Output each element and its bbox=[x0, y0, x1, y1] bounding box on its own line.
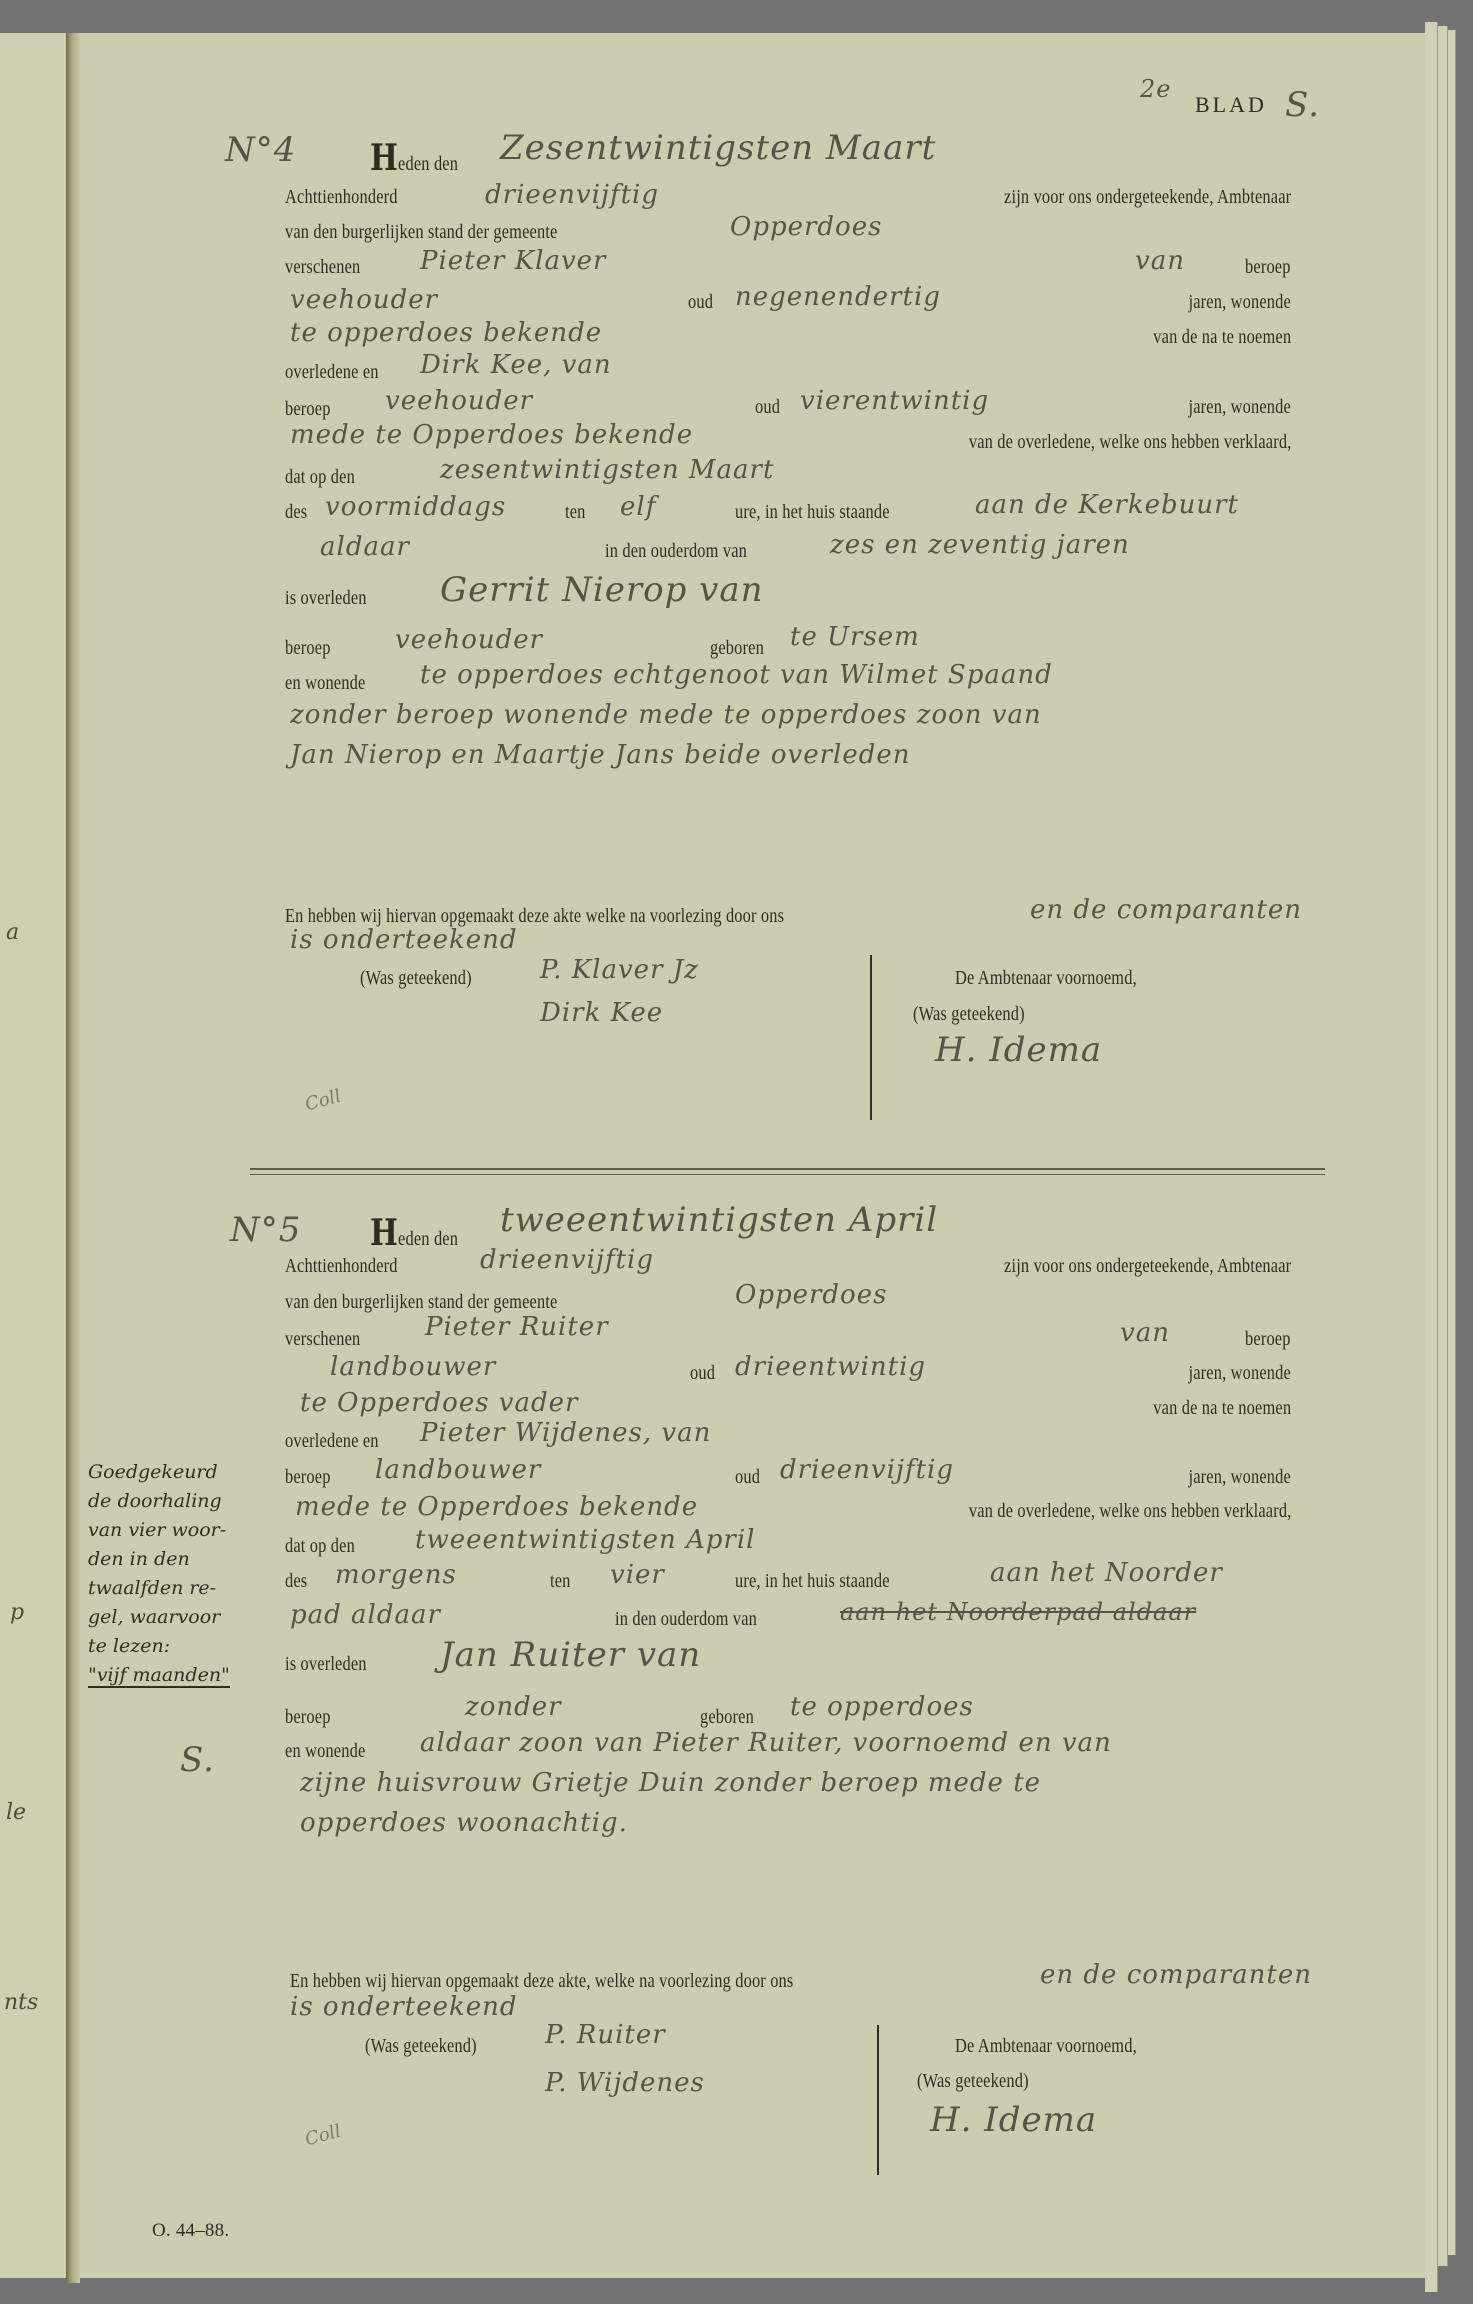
house-location: aan de Kerkebuurt bbox=[975, 490, 1239, 520]
form-label: dat op den bbox=[285, 466, 355, 489]
declarant-2-age: drieenvijftig bbox=[780, 1455, 954, 1485]
form-label: (Was geteekend) bbox=[917, 2070, 1029, 2093]
time-of-day: voormiddags bbox=[325, 492, 506, 522]
closing-text: en de comparanten bbox=[1040, 1960, 1312, 1990]
form-label: geboren bbox=[700, 1706, 754, 1729]
declarant-1-occupation: landbouwer bbox=[330, 1352, 496, 1382]
deceased-occupation: zonder bbox=[465, 1692, 562, 1722]
gemeente: Opperdoes bbox=[730, 212, 882, 242]
form-label: van den burgerlijken stand der gemeente bbox=[285, 1291, 557, 1314]
house-location-cont: aldaar bbox=[320, 532, 410, 562]
signature: Dirk Kee bbox=[540, 998, 663, 1028]
declarant-2: Dirk Kee, van bbox=[420, 350, 612, 380]
form-label: beroep bbox=[1245, 256, 1291, 279]
margin-approval-note: Goedgekeurd de doorhaling van vier woor-… bbox=[88, 1458, 288, 1690]
form-label: En hebben wij hiervan opgemaakt deze akt… bbox=[290, 1970, 793, 1993]
residence-line: zonder beroep wonende mede te opperdoes … bbox=[290, 700, 1042, 730]
form-label: zijn voor ons ondergeteekende, Ambtenaar bbox=[1004, 186, 1291, 209]
form-label: zijn voor ons ondergeteekende, Ambtenaar bbox=[1004, 1255, 1291, 1278]
form-label: geboren bbox=[710, 637, 764, 660]
form-label: ten bbox=[565, 501, 586, 524]
register-page bbox=[80, 33, 1425, 2278]
page-stack-edge bbox=[1437, 26, 1448, 2266]
record-year: drieenvijftig bbox=[480, 1245, 654, 1275]
deceased-name: Gerrit Nierop van bbox=[440, 570, 764, 610]
form-label: jaren, wonende bbox=[1189, 1362, 1291, 1385]
form-label: oud bbox=[755, 396, 780, 419]
form-label: (Was geteekend) bbox=[365, 2035, 477, 2058]
book-gutter bbox=[66, 33, 80, 2283]
form-label: oud bbox=[688, 291, 713, 314]
form-label: De Ambtenaar voornoemd, bbox=[955, 967, 1137, 990]
form-label: (Was geteekend) bbox=[360, 967, 472, 990]
form-label: beroep bbox=[285, 637, 331, 660]
form-label: oud bbox=[690, 1362, 715, 1385]
form-label: verschenen bbox=[285, 1328, 360, 1351]
form-label: van de na te noemen bbox=[1153, 326, 1291, 349]
declarant-1-age: negenendertig bbox=[735, 282, 941, 312]
hour: vier bbox=[610, 1560, 665, 1590]
deceased-occupation: veehouder bbox=[395, 625, 543, 655]
declarant-1-residence: te Opperdoes vader bbox=[300, 1388, 578, 1418]
form-label: verschenen bbox=[285, 256, 360, 279]
form-label: jaren, wonende bbox=[1189, 291, 1291, 314]
record-separator bbox=[250, 1168, 1325, 1175]
form-label: in den ouderdom van bbox=[615, 1608, 757, 1631]
official-signature: H. Idema bbox=[930, 2100, 1097, 2140]
signature: P. Klaver Jz bbox=[540, 955, 699, 985]
margin-initials: S. bbox=[180, 1740, 215, 1780]
age-deceased: zes en zeventig jaren bbox=[830, 530, 1130, 560]
form-label: en wonende bbox=[285, 1740, 365, 1763]
house-location: aan het Noorder bbox=[990, 1558, 1223, 1588]
brace-divider bbox=[877, 2025, 879, 2175]
residence-line: te opperdoes echtgenoot van Wilmet Spaan… bbox=[420, 660, 1053, 690]
closing-text-cont: is onderteekend bbox=[290, 925, 518, 955]
record-number: N°4 bbox=[225, 130, 296, 170]
form-label: dat op den bbox=[285, 1535, 355, 1558]
struck-text: aan het Noorderpad aldaar bbox=[840, 1598, 1196, 1626]
form-label: is overleden bbox=[285, 1653, 367, 1676]
page-stack-edge bbox=[1425, 22, 1438, 2292]
closing-text-cont: is onderteekend bbox=[290, 1992, 518, 2022]
underlined-correction: "vijf maanden" bbox=[88, 1664, 230, 1688]
declarant-1: Pieter Ruiter bbox=[425, 1312, 609, 1342]
declarant-2-occupation: veehouder bbox=[385, 386, 533, 416]
declarant-2-occupation: landbouwer bbox=[375, 1455, 541, 1485]
closing-text: en de comparanten bbox=[1030, 895, 1302, 925]
form-label: oud bbox=[735, 1466, 760, 1489]
form-label: jaren, wonende bbox=[1189, 396, 1291, 419]
page-stack-edge bbox=[1447, 30, 1456, 2255]
heden-line: Heden den bbox=[370, 137, 458, 179]
declarant-1-suffix: van bbox=[1120, 1318, 1170, 1348]
declarant-1-age: drieentwintig bbox=[735, 1352, 926, 1382]
death-date: tweeentwintigsten April bbox=[415, 1525, 755, 1555]
form-label: jaren, wonende bbox=[1189, 1466, 1291, 1489]
residence-line: aldaar zoon van Pieter Ruiter, voornoemd… bbox=[420, 1728, 1112, 1758]
declarant-2-residence: mede te Opperdoes bekende bbox=[290, 420, 693, 450]
left-page-mark: a bbox=[6, 920, 19, 945]
brace-divider bbox=[870, 955, 872, 1120]
form-label: (Was geteekend) bbox=[913, 1003, 1025, 1026]
form-label: beroep bbox=[285, 1466, 331, 1489]
hour: elf bbox=[620, 492, 656, 522]
left-page-mark: nts bbox=[4, 1990, 38, 2015]
residence-line: opperdoes woonachtig. bbox=[300, 1808, 628, 1838]
record-year: drieenvijftig bbox=[485, 180, 659, 210]
form-label: ten bbox=[550, 1570, 571, 1593]
blad-prefix: 2e bbox=[1140, 75, 1171, 103]
form-label: Achttienhonderd bbox=[285, 1255, 398, 1278]
form-label: overledene en bbox=[285, 361, 379, 384]
left-page-mark: le bbox=[6, 1800, 26, 1825]
form-label: van de overledene, welke ons hebben verk… bbox=[968, 431, 1291, 454]
official-signature: H. Idema bbox=[935, 1030, 1102, 1070]
form-label: beroep bbox=[285, 1706, 331, 1729]
declarant-1-suffix: van bbox=[1135, 246, 1185, 276]
form-label: beroep bbox=[285, 398, 331, 421]
death-date: zesentwintigsten Maart bbox=[440, 455, 774, 485]
declarant-2-age: vierentwintig bbox=[800, 386, 989, 416]
heden-line: Heden den bbox=[370, 1212, 458, 1254]
form-label: in den ouderdom van bbox=[605, 540, 747, 563]
form-label: van den burgerlijken stand der gemeente bbox=[285, 221, 557, 244]
form-label: van de overledene, welke ons hebben verk… bbox=[968, 1500, 1291, 1523]
record-number: N°5 bbox=[230, 1210, 301, 1250]
signature: P. Wijdenes bbox=[545, 2068, 705, 2098]
form-label: des bbox=[285, 501, 307, 524]
residence-line: Jan Nierop en Maartje Jans beide overled… bbox=[290, 740, 911, 770]
form-label: is overleden bbox=[285, 587, 367, 610]
left-page-mark: p bbox=[10, 1600, 24, 1625]
signature: P. Ruiter bbox=[545, 2020, 666, 2050]
birthplace: te Ursem bbox=[790, 622, 920, 652]
declarant-1-residence: te opperdoes bekende bbox=[290, 318, 602, 348]
left-page-edge bbox=[0, 33, 66, 2278]
form-label: beroep bbox=[1245, 1328, 1291, 1351]
declarant-2: Pieter Wijdenes, van bbox=[420, 1418, 711, 1448]
declarant-1: Pieter Klaver bbox=[420, 246, 606, 276]
form-label: en wonende bbox=[285, 672, 365, 695]
blad-number: S. bbox=[1285, 85, 1320, 125]
gemeente: Opperdoes bbox=[735, 1280, 887, 1310]
deceased-name: Jan Ruiter van bbox=[440, 1635, 701, 1675]
form-label: van de na te noemen bbox=[1153, 1397, 1291, 1420]
form-code: O. 44–88. bbox=[152, 2220, 229, 2242]
form-label: ure, in het huis staande bbox=[735, 1570, 890, 1593]
declarant-2-residence: mede te Opperdoes bekende bbox=[295, 1492, 698, 1522]
residence-line: zijne huisvrouw Grietje Duin zonder bero… bbox=[300, 1768, 1041, 1798]
form-label: ure, in het huis staande bbox=[735, 501, 890, 524]
form-label: overledene en bbox=[285, 1430, 379, 1453]
time-of-day: morgens bbox=[335, 1560, 457, 1590]
form-label: des bbox=[285, 1570, 307, 1593]
declarant-1-occupation: veehouder bbox=[290, 285, 438, 315]
house-location-cont: pad aldaar bbox=[290, 1600, 441, 1630]
blad-label: BLAD bbox=[1195, 92, 1267, 118]
birthplace: te opperdoes bbox=[790, 1692, 974, 1722]
form-label: Achttienhonderd bbox=[285, 186, 398, 209]
record-date: tweeentwintigsten April bbox=[500, 1200, 938, 1240]
form-label: De Ambtenaar voornoemd, bbox=[955, 2035, 1137, 2058]
record-date: Zesentwintigsten Maart bbox=[500, 128, 936, 168]
